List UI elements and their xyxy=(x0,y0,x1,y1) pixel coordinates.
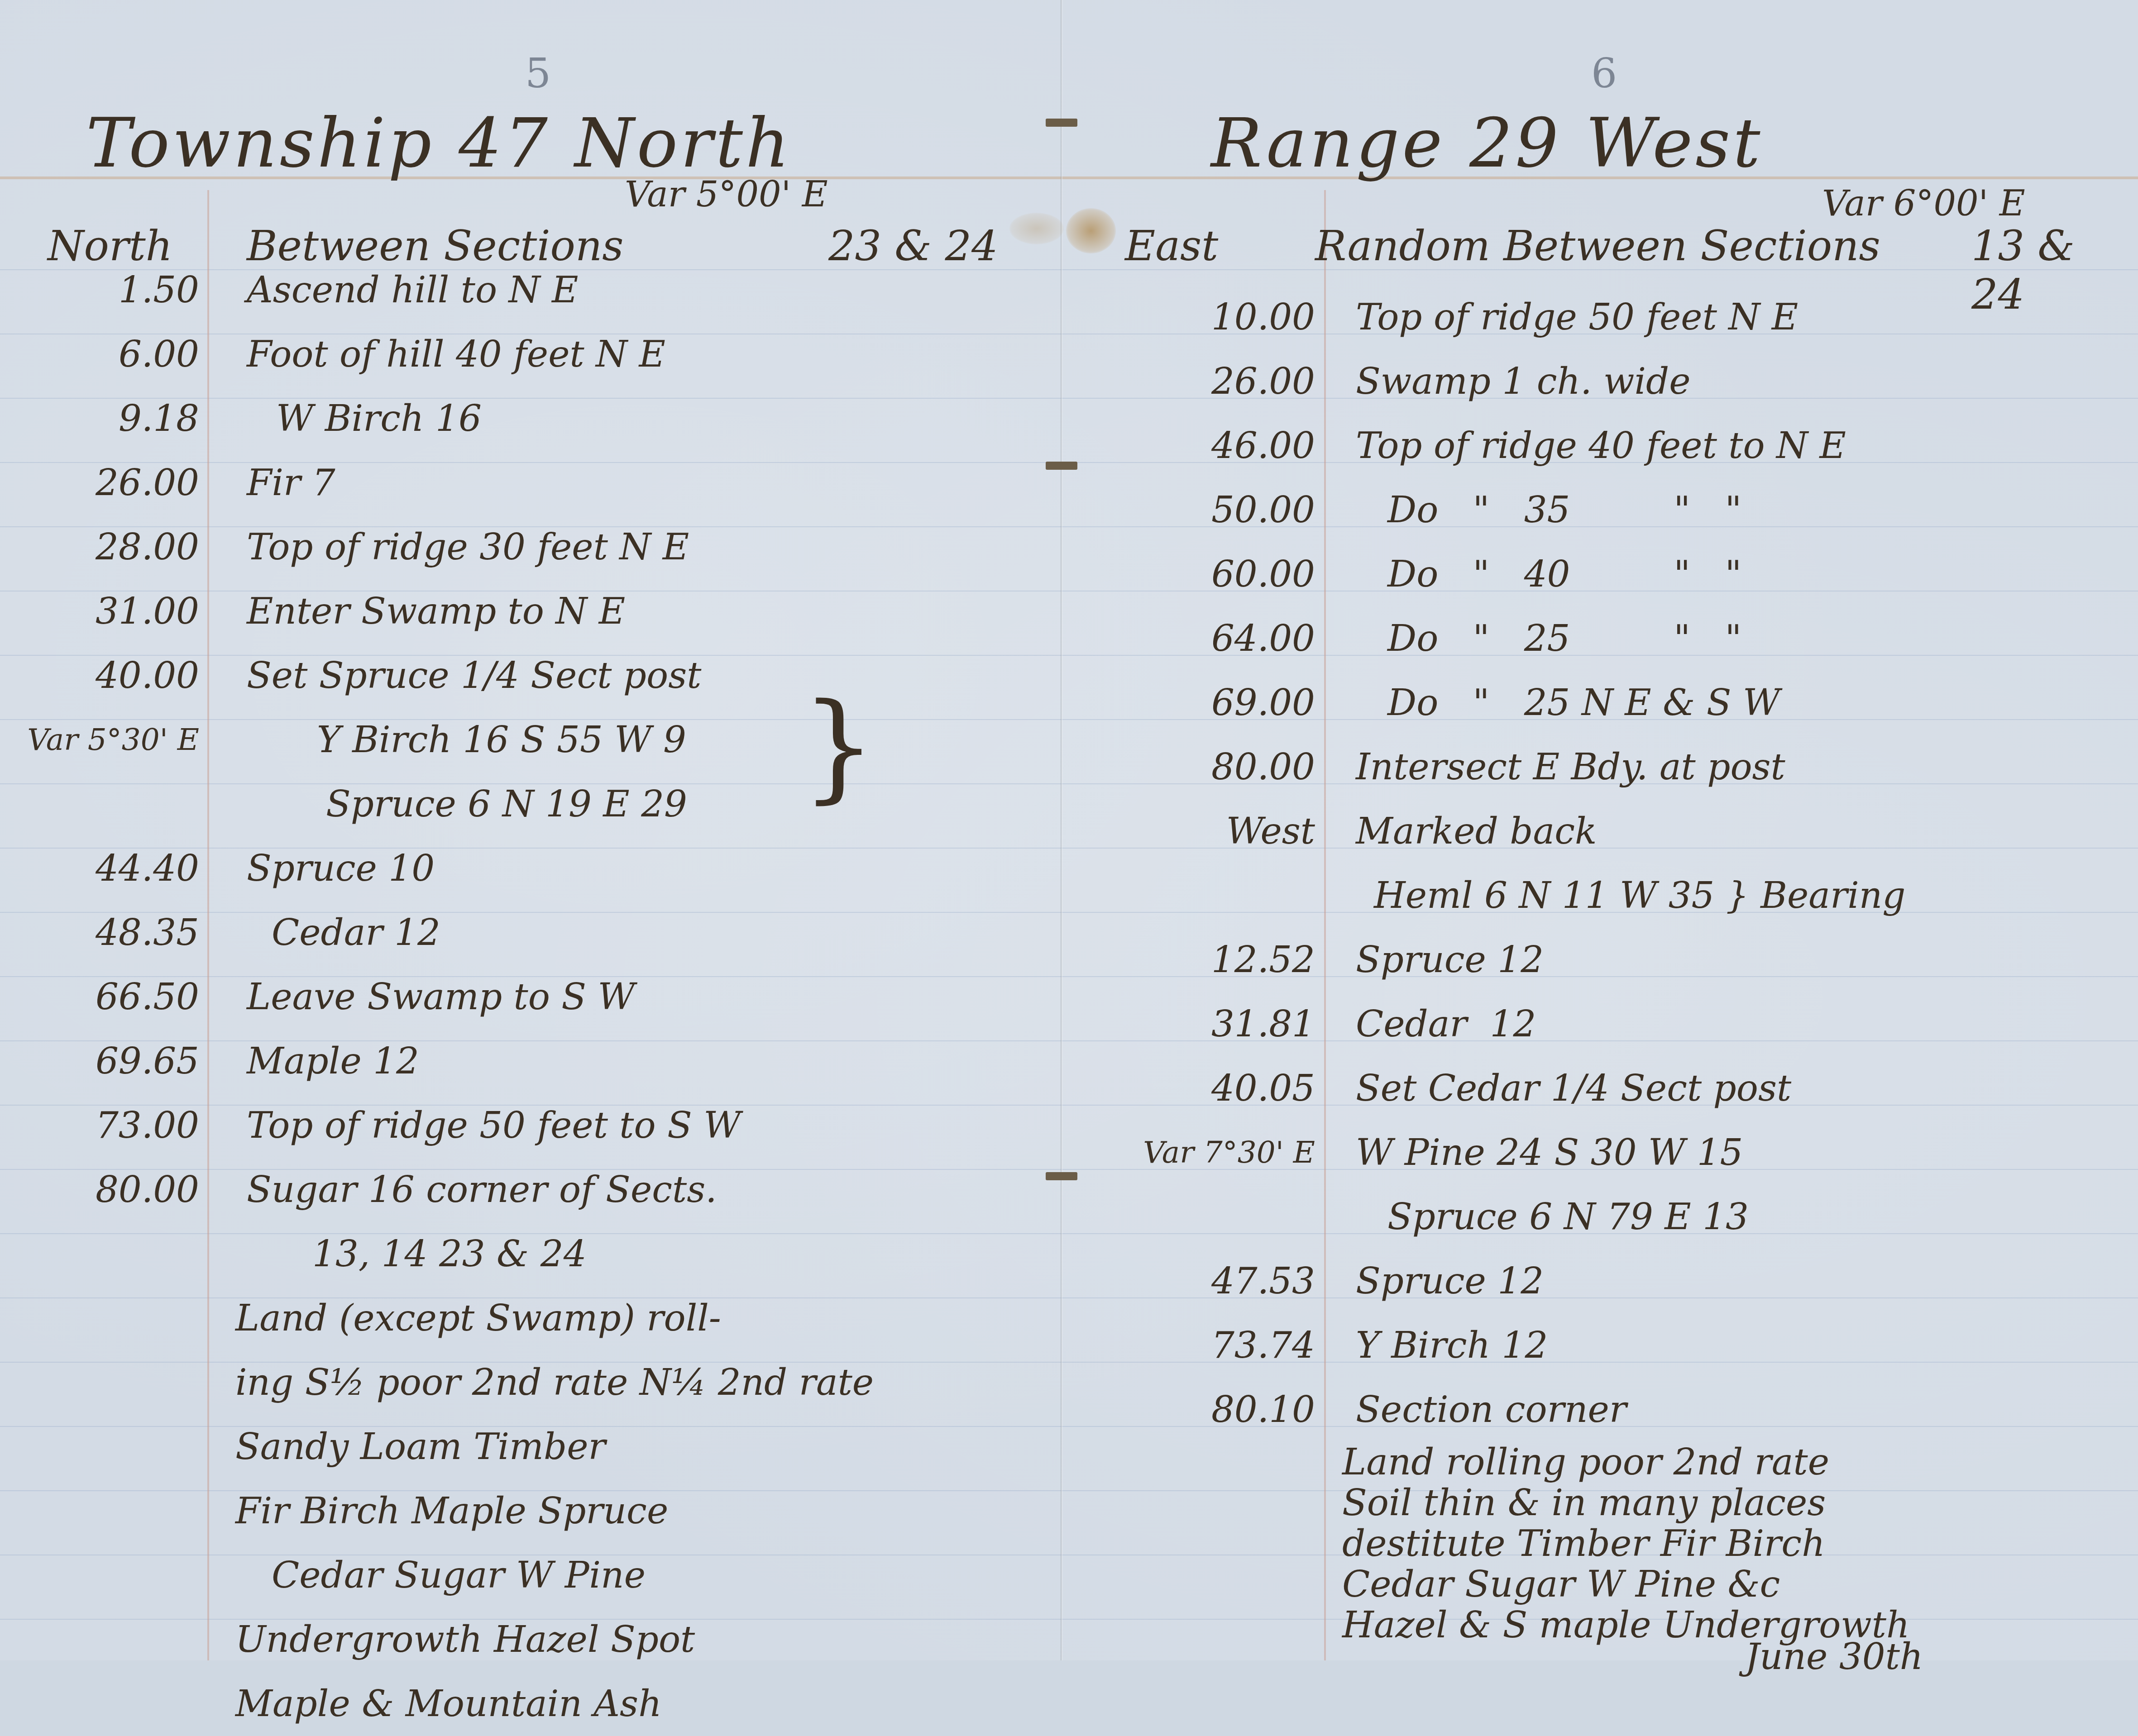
water-stain xyxy=(1009,213,1064,244)
left-page: 5 Township 47 North Var 5°00' E North Be… xyxy=(0,0,1062,1660)
chain-distance: 73.00 xyxy=(18,1093,199,1158)
entry-note: 13, 14 23 & 24 xyxy=(312,1222,587,1286)
entry-note: Do " 40 " " xyxy=(1387,542,1741,606)
summary-text: Undergrowth Hazel Spot xyxy=(235,1607,695,1660)
entry-row: 31.00 Enter Swamp to N E xyxy=(0,579,1062,644)
summary-line: ing S½ poor 2nd rate N¼ 2nd rate xyxy=(0,1350,1062,1415)
variation-note: Var 5°30' E xyxy=(18,708,199,772)
chain-distance: 6.00 xyxy=(18,322,199,386)
entry-row: 80.00 Sugar 16 corner of Sects. xyxy=(0,1158,1062,1222)
chain-distance: 50.00 xyxy=(1093,478,1315,542)
page-title: Range 29 West xyxy=(1211,104,1763,183)
entry-row: 50.00 Do " 35 " " xyxy=(1062,478,2138,542)
summary-text: ing S½ poor 2nd rate N¼ 2nd rate xyxy=(235,1350,874,1415)
entry-row: 26.00 Fir 7 xyxy=(0,451,1062,515)
entry-row: 40.00 Set Spruce 1/4 Sect post xyxy=(0,644,1062,708)
entry-note: W Birch 16 xyxy=(276,386,482,451)
entry-note: Top of ridge 50 feet to S W xyxy=(247,1093,741,1158)
date-line: June 30th xyxy=(1062,1625,2138,1660)
line-heading: Random Between Sections xyxy=(1315,222,1880,270)
summary-text: Fir Birch Maple Spruce xyxy=(235,1479,668,1543)
entry-note: Foot of hill 40 feet N E xyxy=(247,322,665,386)
entry-note: Marked back xyxy=(1356,799,1597,863)
chain-distance: 31.00 xyxy=(18,579,199,644)
entry-row: 73.74 Y Birch 12 xyxy=(1062,1313,2138,1378)
summary-line: Cedar Sugar W Pine xyxy=(0,1543,1062,1607)
entry-row: 73.00 Top of ridge 50 feet to S W xyxy=(0,1093,1062,1158)
entry-row: 44.40 Spruce 10 xyxy=(0,836,1062,901)
entry-row: 28.00 Top of ridge 30 feet N E xyxy=(0,515,1062,579)
summary-text: Land (except Swamp) roll- xyxy=(235,1286,721,1350)
chain-distance: 26.00 xyxy=(18,451,199,515)
entry-note: Top of ridge 40 feet to N E xyxy=(1356,414,1846,478)
entry-row: 13, 14 23 & 24 xyxy=(0,1222,1062,1286)
entry-row: Spruce 6 N 79 E 13 xyxy=(1062,1185,2138,1249)
entry-note: Maple 12 xyxy=(247,1029,419,1093)
chain-distance: 10.00 xyxy=(1093,285,1315,349)
entry-row: 69.00 Do " 25 N E & S W xyxy=(1062,671,2138,735)
page-number: 6 xyxy=(1591,50,1617,97)
entry-note: Do " 35 " " xyxy=(1387,478,1741,542)
entry-date: June 30th xyxy=(1745,1625,1923,1660)
chain-distance: 48.35 xyxy=(18,901,199,965)
entry-row: 60.00 Do " 40 " " xyxy=(1062,542,2138,606)
entry-row: 69.65 Maple 12 xyxy=(0,1029,1062,1093)
entry-row: Var 7°30' E W Pine 24 S 30 W 15 xyxy=(1062,1121,2138,1185)
chain-distance: 69.65 xyxy=(18,1029,199,1093)
chain-distance: 40.05 xyxy=(1093,1056,1315,1121)
entry-row: 12.52 Spruce 12 xyxy=(1062,928,2138,992)
entry-row: 40.05 Set Cedar 1/4 Sect post xyxy=(1062,1056,2138,1121)
chain-distance: 64.00 xyxy=(1093,606,1315,671)
chain-distance: 9.18 xyxy=(18,386,199,451)
entry-note: Top of ridge 30 feet N E xyxy=(247,515,689,579)
chain-distance: 60.00 xyxy=(1093,542,1315,606)
entry-note: Fir 7 xyxy=(247,451,335,515)
entry-note: Spruce 6 N 19 E 29 xyxy=(326,772,687,836)
binding-stitch xyxy=(1046,119,1077,127)
entry-note: Do " 25 " " xyxy=(1387,606,1741,671)
summary-text: Cedar Sugar W Pine xyxy=(272,1543,646,1607)
entry-row: 64.00 Do " 25 " " xyxy=(1062,606,2138,671)
entry-note: Top of ridge 50 feet N E xyxy=(1356,285,1798,349)
right-page: 6 Range 29 West Var 6°00' E East Random … xyxy=(1062,0,2138,1660)
entry-note: Ascend hill to N E xyxy=(247,258,578,322)
direction-heading: East xyxy=(1125,222,1218,270)
chain-distance: 80.00 xyxy=(18,1158,199,1222)
entry-row: 26.00 Swamp 1 ch. wide xyxy=(1062,349,2138,414)
entry-note: Heml 6 N 11 W 35 } Bearing xyxy=(1374,863,1906,928)
entry-note: Leave Swamp to S W xyxy=(247,965,635,1029)
binding-stitch xyxy=(1046,1172,1077,1180)
chain-distance: 47.53 xyxy=(1093,1249,1315,1313)
entry-note: Spruce 12 xyxy=(1356,1249,1544,1313)
entry-row: 10.00 Top of ridge 50 feet N E xyxy=(1062,285,2138,349)
variation-heading: Var 5°00' E xyxy=(625,174,828,215)
summary-line: Fir Birch Maple Spruce xyxy=(0,1479,1062,1543)
entry-row: 9.18 W Birch 16 xyxy=(0,386,1062,451)
entry-row: Var 5°30' E Y Birch 16 S 55 W 9 xyxy=(0,708,1062,772)
entry-note: W Pine 24 S 30 W 15 xyxy=(1356,1121,1743,1185)
entry-note: Intersect E Bdy. at post xyxy=(1356,735,1785,799)
entry-note: Spruce 6 N 79 E 13 xyxy=(1387,1185,1749,1249)
chain-distance: 40.00 xyxy=(18,644,199,708)
entry-row: West Marked back xyxy=(1062,799,2138,863)
entry-row: Heml 6 N 11 W 35 } Bearing xyxy=(1062,863,2138,928)
chain-distance: 66.50 xyxy=(18,965,199,1029)
entry-note: Swamp 1 ch. wide xyxy=(1356,349,1691,414)
entry-note: Spruce 10 xyxy=(247,836,435,901)
entry-note: Enter Swamp to N E xyxy=(247,579,625,644)
entry-row: 46.00 Top of ridge 40 feet to N E xyxy=(1062,414,2138,478)
entry-note: Y Birch 12 xyxy=(1356,1313,1548,1378)
summary-text: Sandy Loam Timber xyxy=(235,1415,606,1479)
chain-distance: 80.00 xyxy=(1093,735,1315,799)
entry-row: 80.00 Intersect E Bdy. at post xyxy=(1062,735,2138,799)
entry-row: 31.81 Cedar 12 xyxy=(1062,992,2138,1056)
entry-row: 6.00 Foot of hill 40 feet N E xyxy=(0,322,1062,386)
chain-distance: 44.40 xyxy=(18,836,199,901)
chain-distance: 46.00 xyxy=(1093,414,1315,478)
entry-note: Cedar 12 xyxy=(1356,992,1536,1056)
binding-stitch xyxy=(1046,462,1077,470)
entry-note: Y Birch 16 S 55 W 9 xyxy=(317,708,686,772)
book-spine xyxy=(1061,0,1062,1660)
notebook-spread: 5 Township 47 North Var 5°00' E North Be… xyxy=(0,0,2138,1660)
chain-distance: 12.52 xyxy=(1093,928,1315,992)
summary-line: Undergrowth Hazel Spot xyxy=(0,1607,1062,1660)
page-title: Township 47 North xyxy=(86,104,792,183)
water-stain xyxy=(1066,208,1116,253)
entry-note: Spruce 12 xyxy=(1356,928,1544,992)
chain-distance: 26.00 xyxy=(1093,349,1315,414)
entry-note: Sugar 16 corner of Sects. xyxy=(247,1158,717,1222)
summary-line: Sandy Loam Timber xyxy=(0,1415,1062,1479)
chain-distance: 31.81 xyxy=(1093,992,1315,1056)
entry-note: Set Cedar 1/4 Sect post xyxy=(1356,1056,1791,1121)
chain-distance: 73.74 xyxy=(1093,1313,1315,1378)
page-number: 5 xyxy=(525,50,551,97)
chain-distance: 28.00 xyxy=(18,515,199,579)
entry-row: 1.50 Ascend hill to N E xyxy=(0,258,1062,322)
chain-distance: 1.50 xyxy=(18,258,199,322)
entry-row: 48.35 Cedar 12 xyxy=(0,901,1062,965)
entry-note: Cedar 12 xyxy=(272,901,440,965)
entry-note: Do " 25 N E & S W xyxy=(1387,671,1780,735)
entry-row: Spruce 6 N 19 E 29 xyxy=(0,772,1062,836)
entry-note: Set Spruce 1/4 Sect post xyxy=(247,644,701,708)
entry-row: 47.53 Spruce 12 xyxy=(1062,1249,2138,1313)
variation-heading: Var 6°00' E xyxy=(1822,183,2025,224)
direction-label: West xyxy=(1093,799,1315,863)
summary-line: Land (except Swamp) roll- xyxy=(0,1286,1062,1350)
entry-row: 66.50 Leave Swamp to S W xyxy=(0,965,1062,1029)
bearing-brace: } xyxy=(801,688,876,806)
chain-distance: 69.00 xyxy=(1093,671,1315,735)
variation-note: Var 7°30' E xyxy=(1093,1121,1315,1185)
